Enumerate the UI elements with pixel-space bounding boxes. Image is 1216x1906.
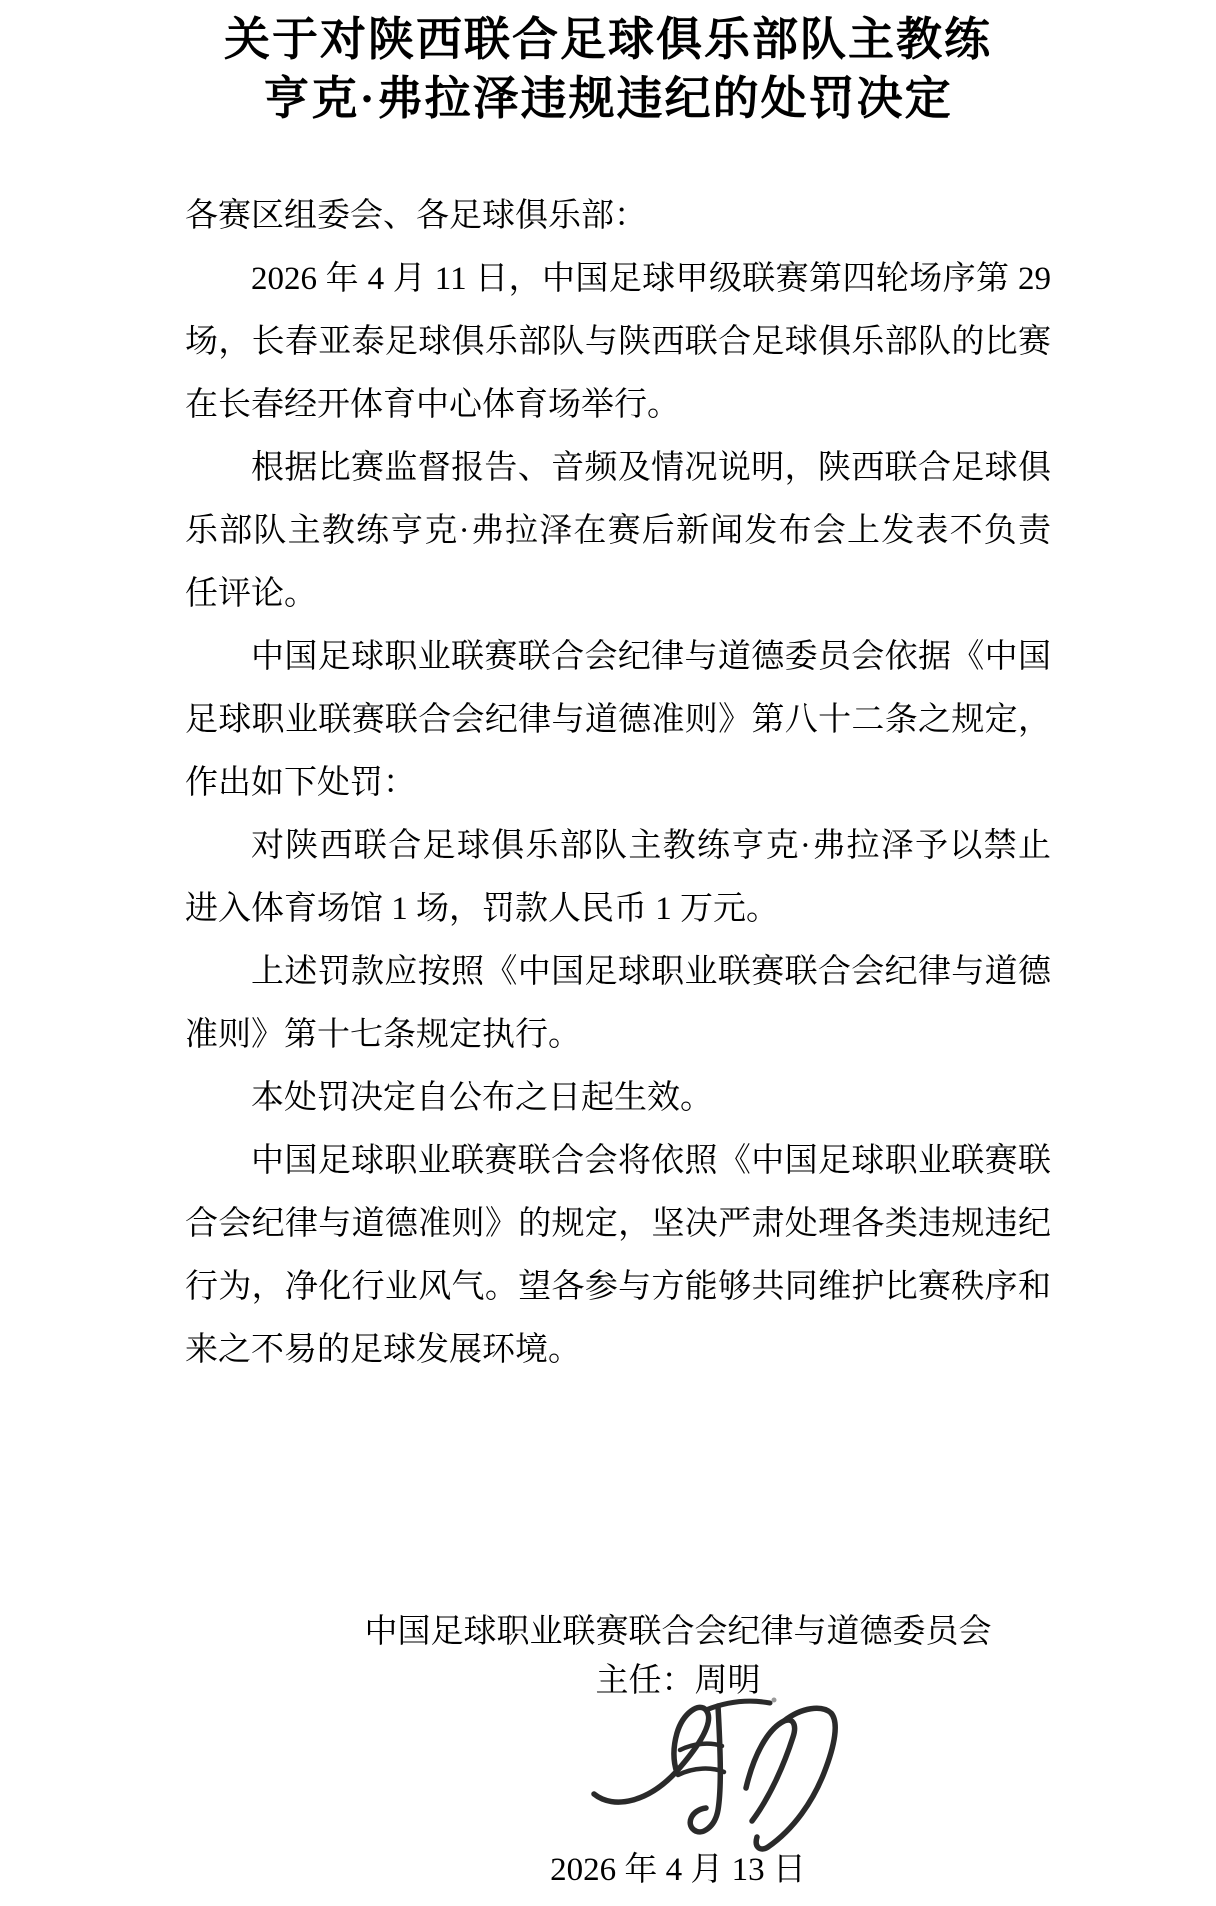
body-paragraph-3: 中国足球职业联赛联合会纪律与道德委员会依据《中国足球职业联赛联合会纪律与道德准则… [185, 626, 1051, 815]
body-paragraph-7: 中国足球职业联赛联合会将依照《中国足球职业联赛联合会纪律与道德准则》的规定，坚决… [185, 1130, 1051, 1382]
document-page: 关于对陕西联合足球俱乐部队主教练 亨克·弗拉泽违规违纪的处罚决定 各赛区组委会、… [0, 0, 1216, 1906]
signature-ink-dot [772, 1698, 777, 1703]
body-paragraph-6: 本处罚决定自公布之日起生效。 [185, 1067, 1051, 1130]
body-paragraph-4: 对陕西联合足球俱乐部队主教练亨克·弗拉泽予以禁止进入体育场馆 1 场，罚款人民币… [185, 815, 1051, 941]
signature-date: 2026 年 4 月 13 日 [328, 1850, 1028, 1890]
document-body: 各赛区组委会、各足球俱乐部： 2026 年 4 月 11 日，中国足球甲级联赛第… [185, 185, 1051, 1382]
title-line-2: 亨克·弗拉泽违规违纪的处罚决定 [0, 69, 1216, 128]
title-line-1: 关于对陕西联合足球俱乐部队主教练 [0, 10, 1216, 69]
body-paragraph-1: 2026 年 4 月 11 日，中国足球甲级联赛第四轮场序第 29 场，长春亚泰… [185, 248, 1051, 437]
signature-handwriting [588, 1694, 844, 1858]
body-paragraph-5: 上述罚款应按照《中国足球职业联赛联合会纪律与道德准则》第十七条规定执行。 [185, 941, 1051, 1067]
body-paragraph-2: 根据比赛监督报告、音频及情况说明，陕西联合足球俱乐部队主教练亨克·弗拉泽在赛后新… [185, 437, 1051, 626]
document-title: 关于对陕西联合足球俱乐部队主教练 亨克·弗拉泽违规违纪的处罚决定 [0, 10, 1216, 128]
salutation: 各赛区组委会、各足球俱乐部： [185, 185, 1051, 248]
closing-organization: 中国足球职业联赛联合会纪律与道德委员会 [328, 1612, 1028, 1652]
